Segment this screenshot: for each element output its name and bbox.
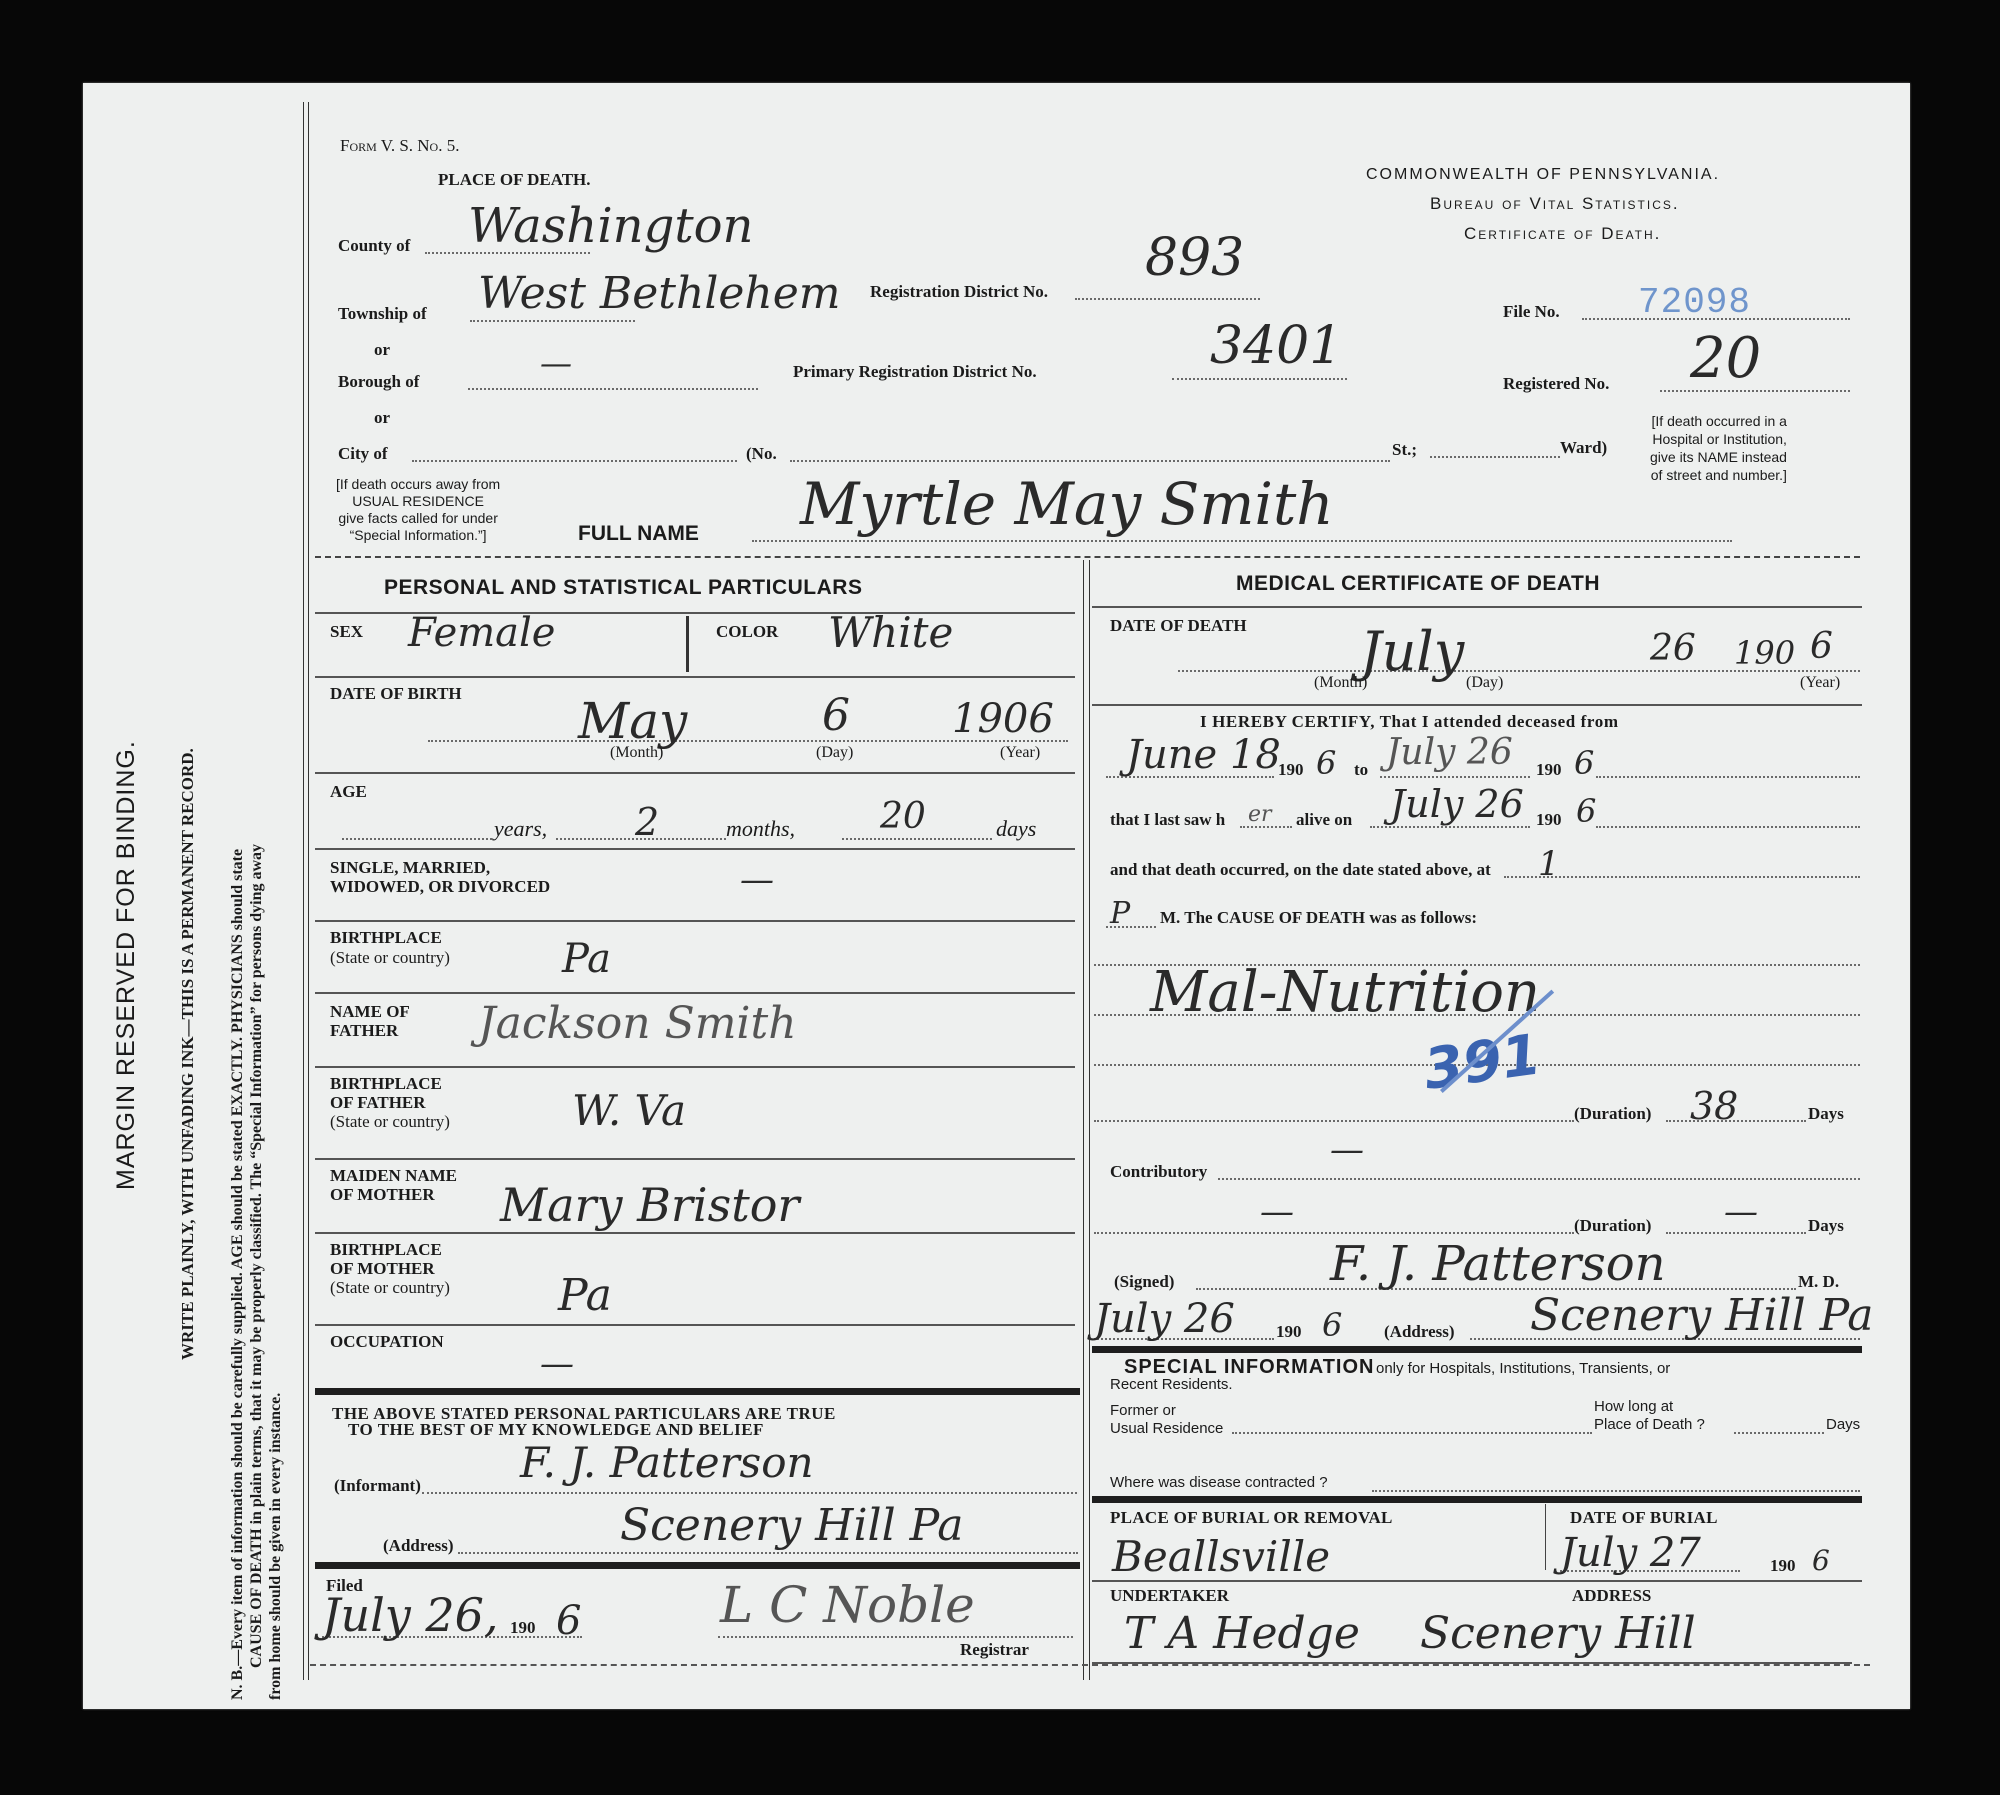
mother-birthplace-label: BIRTHPLACE OF MOTHER (State or country) [330,1240,450,1297]
former-residence-label: Former or Usual Residence [1110,1402,1223,1438]
disease-contracted-line[interactable] [1372,1490,1860,1492]
burial-year-suffix[interactable]: 6 [1812,1544,1830,1577]
personal-section-title: PERSONAL AND STATISTICAL PARTICULARS [384,576,862,600]
attended-from-year[interactable]: 6 [1316,744,1336,782]
how-long-days-label: Days [1826,1416,1860,1433]
residence-note: [If death occurs away from USUAL RESIDEN… [336,476,500,544]
informant-value[interactable]: F. J. Patterson [520,1438,814,1487]
thick-rule [1092,1346,1862,1353]
informant-address-label: (Address) [383,1536,454,1556]
hospital-note-line: give its NAME instead [1650,448,1787,466]
marital-value[interactable]: — [740,860,774,900]
to-label: to [1354,760,1368,780]
city-line [412,460,737,462]
registered-no-value[interactable]: 20 [1690,326,1761,391]
birthplace-label: BIRTHPLACE [330,928,442,948]
certify-text: I HEREBY CERTIFY, That I attended deceas… [1200,712,1619,732]
borough-value[interactable]: — [540,344,572,382]
registered-no-label: Registered No. [1503,374,1609,394]
informant-label: (Informant) [334,1476,421,1496]
last-saw-label: that I last saw h [1110,810,1225,830]
bottom-rule [310,1664,1870,1666]
last-saw-date[interactable]: July 26 [1390,782,1524,826]
mother-name-label: MAIDEN NAME OF MOTHER [330,1166,457,1204]
signed-year-prefix: 190 [1276,1322,1302,1342]
undertaker-address-label: ADDRESS [1572,1586,1651,1606]
color-label: COLOR [716,622,778,642]
cause-intro: M. The CAUSE OF DEATH was as follows: [1160,908,1477,928]
column-divider-inner [1089,560,1090,1680]
registration-district-line [1075,298,1260,300]
sex-value[interactable]: Female [408,610,555,656]
thick-rule [1092,1496,1862,1503]
duration-2-line [1094,1232,1574,1234]
or-label-1: or [374,340,390,360]
burial-date-label: DATE OF BURIAL [1570,1508,1718,1528]
commonwealth-heading: COMMONWEALTH OF PENNSYLVANIA. [1366,166,1720,184]
filed-date[interactable]: July 26, [322,1588,499,1642]
death-occurred-text: and that death occurred, on the date sta… [1110,860,1491,880]
age-years-label: years, [494,816,547,842]
physician-address-label: (Address) [1384,1322,1455,1342]
filed-year-prefix: 190 [510,1618,536,1638]
residence-note-line: [If death occurs away from [336,476,500,493]
alive-on-label: alive on [1296,810,1352,830]
bureau-heading: Bureau of Vital Statistics. [1430,194,1680,214]
disease-contracted-label: Where was disease contracted ? [1110,1474,1328,1491]
duration-label: (Duration) [1574,1104,1651,1124]
county-label: County of [338,236,410,256]
marital-label: SINGLE, MARRIED, WIDOWED, OR DIVORCED [330,858,550,896]
row-rule [1092,1580,1862,1582]
registrar-line [718,1636,1073,1638]
dod-day[interactable]: 26 [1650,628,1696,669]
place-of-death-heading: PLACE OF DEATH. [438,170,591,190]
informant-line [422,1492,1077,1494]
row-rule [315,992,1075,994]
duration-2-days-label: Days [1808,1216,1844,1236]
township-label: Township of [338,304,427,324]
age-years-line [342,838,492,840]
age-months-value[interactable]: 2 [635,800,659,844]
signed-year-suffix[interactable]: 6 [1322,1306,1342,1344]
borough-line [468,388,758,390]
age-days-value[interactable]: 20 [880,796,926,837]
signed-label: (Signed) [1114,1272,1174,1292]
age-months-label: months, [726,816,795,842]
sex-label: SEX [330,622,363,642]
nb-line-3: from home should be given in every insta… [266,844,285,1700]
how-long-days-line[interactable] [1734,1432,1824,1434]
dob-label: DATE OF BIRTH [330,684,462,704]
street-line [790,460,1390,462]
year-prefix-to: 190 [1536,760,1562,780]
attestation-line-2: TO THE BEST OF MY KNOWLEDGE AND BELIEF [348,1420,764,1440]
borough-label: Borough of [338,372,419,392]
how-long-line-1: How long at [1594,1398,1705,1416]
row-rule [315,920,1075,922]
section-divider [315,556,1860,558]
registrar-label: Registrar [960,1640,1029,1660]
duration-value[interactable]: 38 [1690,1084,1738,1128]
mother-bp-label-line-1: BIRTHPLACE [330,1240,450,1259]
file-no-stamp[interactable]: 72098 [1638,282,1751,323]
mother-bp-hint: (State or country) [330,1278,450,1297]
township-value[interactable]: West Bethlehem [478,268,841,319]
duration-days-label: Days [1808,1104,1844,1124]
attended-to[interactable]: July 26 [1386,732,1513,773]
residence-note-line: “Special Information.”] [336,527,500,544]
contributory-label: Contributory [1110,1162,1207,1182]
primary-district-label: Primary Registration District No. [793,362,1037,382]
age-label: AGE [330,782,367,802]
dod-month[interactable]: July [1360,620,1464,683]
row-rule [1092,606,1862,608]
dod-label: DATE OF DEATH [1110,616,1247,636]
row-rule [315,1066,1075,1068]
birthplace-value[interactable]: Pa [562,936,611,982]
dob-month[interactable]: May [578,692,687,750]
dob-year[interactable]: 1906 [952,696,1054,742]
certificate-heading: Certificate of Death. [1464,224,1661,244]
medical-section-title: MEDICAL CERTIFICATE OF DEATH [1236,572,1600,596]
birthplace-hint: (State or country) [330,948,450,968]
dob-month-caption: (Month) [610,744,663,762]
how-long-line-2: Place of Death ? [1594,1416,1705,1434]
street-no-label: (No. [746,444,777,464]
former-residence-line[interactable] [1232,1432,1592,1434]
undertaker-value[interactable]: T A Hedge [1124,1608,1360,1659]
form-number: Form V. S. No. 5. [340,136,459,156]
father-bp-label-line-2: OF FATHER [330,1093,450,1112]
dod-year-caption: (Year) [1800,674,1840,692]
thick-rule [315,1562,1080,1569]
dob-year-caption: (Year) [1000,744,1040,762]
certificate-paper [83,83,1910,1709]
informant-address-line [458,1552,1078,1554]
duration-2-label: (Duration) [1574,1216,1651,1236]
residence-note-line: USUAL RESIDENCE [336,493,500,510]
burial-date-value[interactable]: July 27 [1560,1530,1701,1576]
row-rule [315,1324,1075,1326]
contributory-value-2: — [1260,1192,1294,1232]
thick-rule [315,1388,1080,1395]
row-rule [315,676,1075,678]
year-prefix-saw: 190 [1536,810,1562,830]
attended-to-line [1380,776,1530,778]
full-name-line [752,540,1732,542]
mother-birthplace-value[interactable]: Pa [558,1270,612,1321]
row-rule [315,772,1075,774]
mother-label-line-1: MAIDEN NAME [330,1166,457,1185]
physician-address-value[interactable]: Scenery Hill Pa [1530,1290,1874,1341]
ward-line [1430,456,1560,458]
county-value[interactable]: Washington [468,198,753,254]
burial-year-prefix: 190 [1770,1556,1796,1576]
residence-note-line: give facts called for under [336,510,500,527]
former-label-line-2: Usual Residence [1110,1420,1223,1438]
last-saw-line [1370,826,1530,828]
nb-line-2: CAUSE OF DEATH in plain terms, that it m… [247,844,266,1700]
file-no-label: File No. [1503,302,1560,322]
duration-line [1094,1120,1574,1122]
death-meridiem[interactable]: P [1110,896,1130,931]
dob-day-caption: (Day) [816,744,853,762]
dod-year-suffix[interactable]: 6 [1810,626,1833,667]
binding-margin-title: MARGIN RESERVED FOR BINDING. [112,740,141,1190]
father-bp-hint: (State or country) [330,1112,450,1131]
sex-color-divider [686,616,689,672]
attended-to-year[interactable]: 6 [1574,744,1594,782]
hospital-note: [If death occurred in a Hospital or Inst… [1650,412,1787,484]
mother-name-value[interactable]: Mary Bristor [500,1178,799,1232]
age-days-label: days [996,816,1036,842]
margin-rule-inner [308,102,309,1680]
father-label-line-2: FATHER [330,1021,410,1040]
township-line [470,320,635,322]
marital-label-line-1: SINGLE, MARRIED, [330,858,550,877]
year-prefix-from: 190 [1278,760,1304,780]
burial-place-value[interactable]: Beallsville [1112,1532,1330,1581]
duration-2-value[interactable]: — [1724,1192,1758,1232]
signed-date[interactable]: July 26 [1094,1296,1235,1342]
burial-place-label: PLACE OF BURIAL OR REMOVAL [1110,1508,1393,1528]
undertaker-address-value[interactable]: Scenery Hill [1420,1608,1696,1659]
row-rule [1092,704,1862,706]
father-birthplace-value[interactable]: W. Va [572,1086,686,1135]
mother-bp-label-line-2: OF MOTHER [330,1259,450,1278]
registrar-value[interactable]: L C Noble [720,1576,975,1634]
write-plainly-notice: WRITE PLAINLY, WITH UNFADING INK—THIS IS… [178,748,198,1360]
father-name-label: NAME OF FATHER [330,1002,410,1040]
contributory-line [1218,1178,1860,1180]
primary-district-line [1172,378,1347,380]
hospital-note-line: Hospital or Institution, [1650,430,1787,448]
signed-value[interactable]: F. J. Patterson [1330,1236,1666,1292]
hospital-note-line: [If death occurred in a [1650,412,1787,430]
mother-label-line-2: OF MOTHER [330,1185,457,1204]
dod-day-caption: (Day) [1466,674,1503,692]
father-label-line-1: NAME OF [330,1002,410,1021]
row-rule [315,1232,1075,1234]
color-value[interactable]: White [828,608,953,657]
father-bp-label-line-1: BIRTHPLACE [330,1074,450,1093]
column-divider [1083,560,1084,1680]
former-label-line-1: Former or [1110,1402,1223,1420]
row-rule [315,1158,1075,1160]
pronoun-line [1240,826,1292,828]
occupation-label: OCCUPATION [330,1332,444,1352]
ward-label: Ward) [1560,438,1607,458]
registration-district-value[interactable]: 893 [1145,228,1244,288]
bottom-rule-right [1092,1662,1852,1664]
street-label: St.; [1392,440,1417,460]
margin-rule [303,102,304,1680]
primary-district-value[interactable]: 3401 [1210,316,1342,376]
how-long-label: How long at Place of Death ? [1594,1398,1705,1434]
contributory-value[interactable]: — [1330,1130,1364,1170]
filed-year-suffix[interactable]: 6 [556,1598,581,1644]
md-label: M. D. [1798,1272,1839,1292]
last-saw-year-line [1596,826,1860,828]
dob-day[interactable]: 6 [822,690,850,741]
attended-to-year-line [1596,776,1860,778]
father-birthplace-label: BIRTHPLACE OF FATHER (State or country) [330,1074,450,1131]
occupation-value[interactable]: — [540,1344,574,1384]
informant-address-value[interactable]: Scenery Hill Pa [620,1500,964,1551]
nb-instructions: N. B.—Every item of information should b… [228,844,285,1700]
special-info-subtitle: only for Hospitals, Institutions, Transi… [1376,1360,1670,1377]
age-days-line [842,838,992,840]
last-saw-year[interactable]: 6 [1576,792,1596,830]
death-hour[interactable]: 1 [1538,844,1560,884]
cause-line-2 [1094,1014,1860,1016]
full-name-value[interactable]: Myrtle May Smith [800,470,1334,538]
dod-month-caption: (Month) [1314,674,1367,692]
duration-2-value-line [1666,1232,1806,1234]
burial-divider [1545,1504,1546,1570]
hospital-note-line: of street and number.] [1650,466,1787,484]
or-label-2: or [374,408,390,428]
special-info-subtitle-2: Recent Residents. [1110,1376,1233,1393]
undertaker-label: UNDERTAKER [1110,1586,1229,1606]
full-name-label: FULL NAME [578,522,699,546]
nb-line-1: N. B.—Every item of information should b… [228,844,247,1700]
row-rule [315,848,1075,850]
city-label: City of [338,444,388,464]
dod-year-prefix: 190 [1734,634,1795,672]
registration-district-label: Registration District No. [870,282,1048,302]
marital-label-line-2: WIDOWED, OR DIVORCED [330,877,550,896]
attended-from[interactable]: June 18 [1126,732,1281,778]
father-name-value[interactable]: Jackson Smith [478,998,797,1049]
last-saw-pronoun[interactable]: er [1248,802,1272,827]
